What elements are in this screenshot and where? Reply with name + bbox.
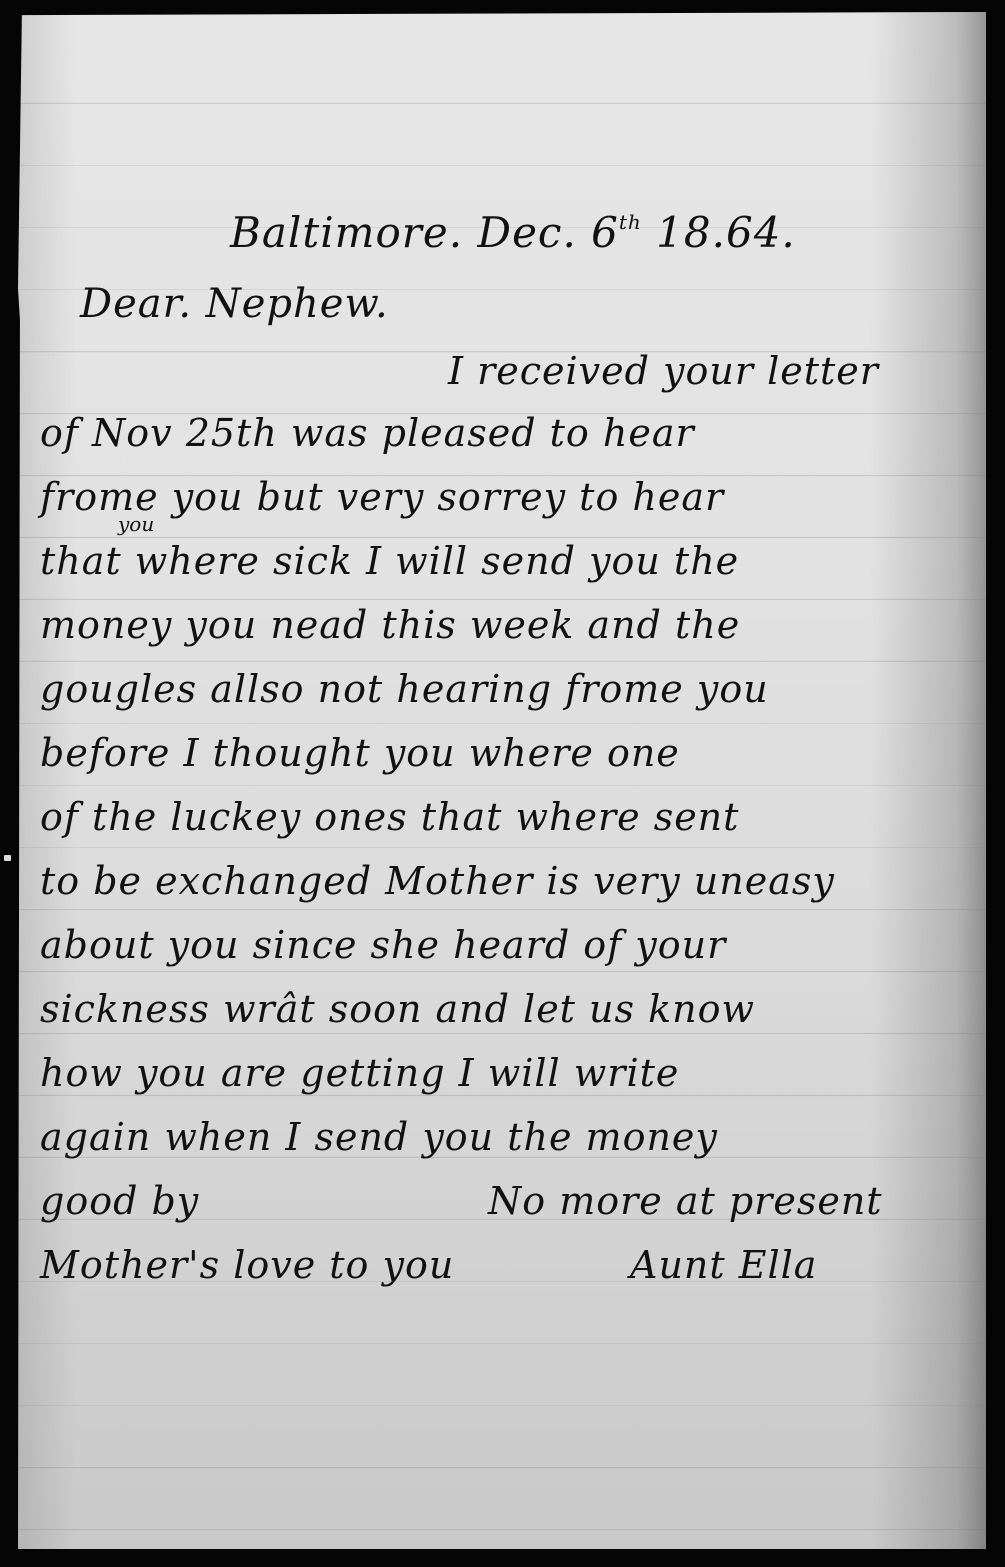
dateline-date: Dec. 6 [477, 208, 618, 257]
letter-text: Baltimore. Dec. 6th 18.64. Dear. Nephew.… [18, 12, 986, 1549]
closing-no-more-at-present: No more at present [488, 1182, 883, 1220]
scan-dust-speck [4, 855, 11, 861]
body-line: I received your letter [448, 352, 879, 390]
body-line: frome you but very sorrey to hear [40, 478, 724, 516]
body-line: about you since she heard of your [40, 926, 726, 964]
dateline-year: 18.64. [656, 208, 796, 257]
salutation: Dear. Nephew. [80, 284, 389, 324]
dateline-place: Baltimore. [230, 208, 463, 257]
closing-mothers-love: Mother's love to you [40, 1246, 454, 1284]
body-line: gougles allso not hearing frome you [40, 670, 769, 708]
dateline: Baltimore. Dec. 6th 18.64. [230, 212, 796, 254]
interlinear-insertion: you [118, 512, 154, 536]
body-line: that where sick I will send you the [40, 542, 739, 580]
body-line: how you are getting I will write [40, 1054, 679, 1092]
dateline-ordinal: th [619, 210, 642, 234]
closing-good-by: good by [40, 1182, 199, 1220]
body-line: again when I send you the money [40, 1118, 718, 1156]
signature: Aunt Ella [630, 1246, 817, 1284]
body-line: sickness wrât soon and let us know [40, 990, 755, 1028]
body-line: of Nov 25th was pleased to hear [40, 414, 695, 452]
body-line: to be exchanged Mother is very uneasy [40, 862, 835, 900]
body-line: of the luckey ones that where sent [40, 798, 739, 836]
letter-page: Baltimore. Dec. 6th 18.64. Dear. Nephew.… [18, 12, 986, 1549]
body-line: before I thought you where one [40, 734, 680, 772]
body-line: money you nead this week and the [40, 606, 740, 644]
